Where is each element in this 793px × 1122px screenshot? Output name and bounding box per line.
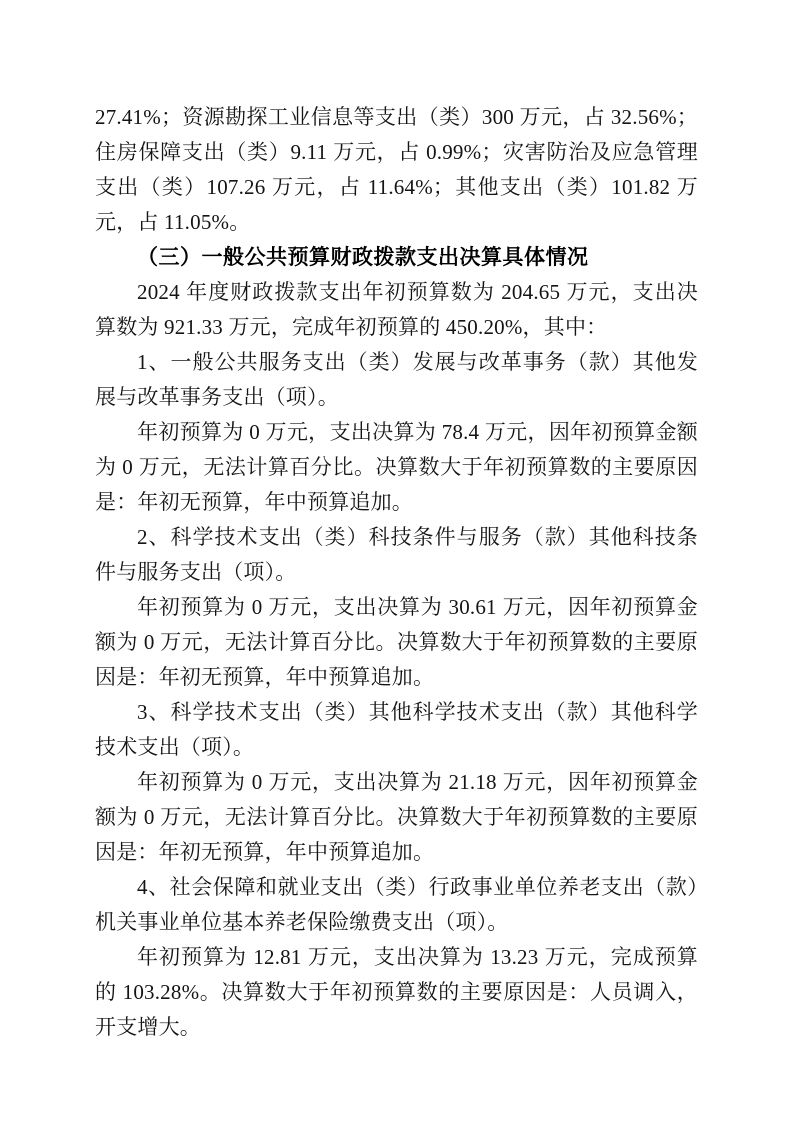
section-heading: （三）一般公共预算财政拨款支出决算具体情况: [95, 240, 698, 275]
item-1-detail: 年初预算为 0 万元，支出决算为 78.4 万元，因年初预算金额为 0 万元，无…: [95, 415, 698, 520]
item-2-title: 2、科学技术支出（类）科技条件与服务（款）其他科技条件与服务支出（项）。: [95, 520, 698, 590]
intro-paragraph: 2024 年度财政拨款支出年初预算数为 204.65 万元，支出决算数为 921…: [95, 275, 698, 345]
item-4-title: 4、社会保障和就业支出（类）行政事业单位养老支出（款）机关事业单位基本养老保险缴…: [95, 870, 698, 940]
item-2-detail: 年初预算为 0 万元，支出决算为 30.61 万元，因年初预算金额为 0 万元，…: [95, 590, 698, 695]
continuation-paragraph: 27.41%；资源勘探工业信息等支出（类）300 万元，占 32.56%；住房保…: [95, 100, 698, 240]
item-4-detail: 年初预算为 12.81 万元，支出决算为 13.23 万元，完成预算的 103.…: [95, 940, 698, 1045]
item-3-title: 3、科学技术支出（类）其他科学技术支出（款）其他科学技术支出（项）。: [95, 695, 698, 765]
document-page: 27.41%；资源勘探工业信息等支出（类）300 万元，占 32.56%；住房保…: [0, 0, 793, 1122]
document-body: 27.41%；资源勘探工业信息等支出（类）300 万元，占 32.56%；住房保…: [95, 100, 698, 1045]
item-1-title: 1、一般公共服务支出（类）发展与改革事务（款）其他发展与改革事务支出（项）。: [95, 345, 698, 415]
item-3-detail: 年初预算为 0 万元，支出决算为 21.18 万元，因年初预算金额为 0 万元，…: [95, 765, 698, 870]
